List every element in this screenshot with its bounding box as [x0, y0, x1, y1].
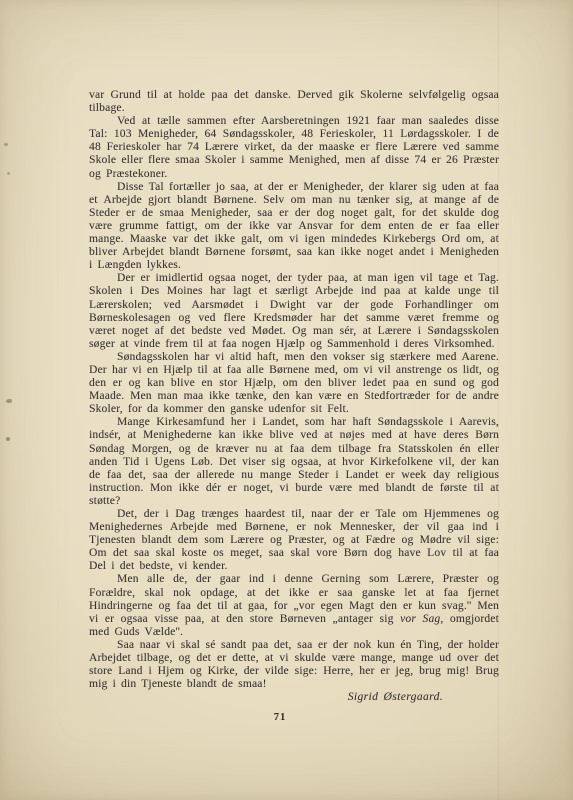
text-segment: Der er imidlertid ogsaa noget, der tyder… — [89, 272, 499, 349]
text-segment: var Grund til at holde paa det danske. D… — [89, 89, 499, 114]
page-number: 71 — [89, 712, 471, 723]
paragraph: Det, der i Dag trænges haardest til, naa… — [89, 508, 499, 573]
paragraph: Mange Kirkesamfund her i Landet, som har… — [89, 416, 499, 508]
paragraph: Disse Tal fortæller jo saa, at der er Me… — [89, 181, 499, 273]
paper-speck — [6, 399, 12, 403]
text-segment: Saa naar vi skal sé sandt paa det, saa e… — [89, 639, 499, 690]
scanned-book-page: { "page": { "number": "71", "signature":… — [0, 0, 573, 800]
text-segment: Mange Kirkesamfund her i Landet, som har… — [89, 416, 499, 507]
paragraph: Der er imidlertid ogsaa noget, der tyder… — [89, 272, 499, 351]
author-signature: Sigrid Østergaard. — [89, 691, 499, 704]
text-segment: Disse Tal fortæller jo saa, at der er Me… — [89, 181, 499, 272]
paragraph: Men alle de, der gaar ind i denne Gernin… — [89, 573, 499, 638]
text-segment: Søndagsskolen har vi altid haft, men den… — [89, 351, 499, 415]
paragraph: Ved at tælle sammen efter Aarsberetninge… — [89, 115, 499, 180]
paper-speck — [4, 143, 8, 146]
text-segment: Ved at tælle sammen efter Aarsberetninge… — [89, 115, 499, 179]
paper-background: var Grund til at holde paa det danske. D… — [0, 0, 573, 800]
text-segment: Det, der i Dag trænges haardest til, naa… — [89, 508, 499, 572]
paragraph: Søndagsskolen har vi altid haft, men den… — [89, 351, 499, 416]
paper-speck — [6, 437, 10, 441]
text-block: var Grund til at holde paa det danske. D… — [89, 89, 499, 704]
paragraph: var Grund til at holde paa det danske. D… — [89, 89, 499, 115]
italic-phrase: vor Sag — [400, 613, 440, 625]
paper-speck — [7, 172, 10, 175]
paragraph: Saa naar vi skal sé sandt paa det, saa e… — [89, 639, 499, 691]
